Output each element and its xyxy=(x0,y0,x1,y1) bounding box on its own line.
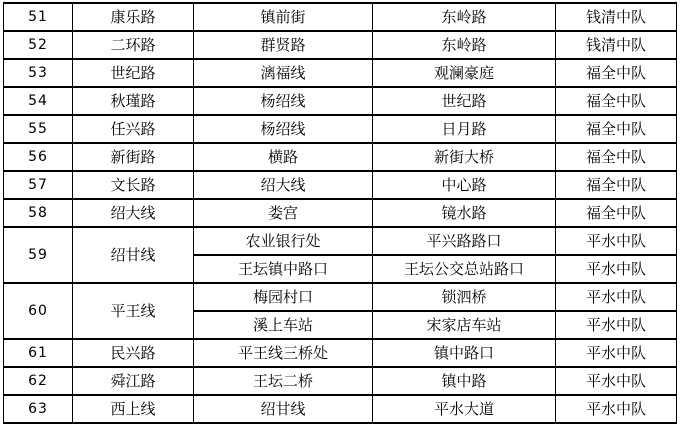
row-number-cell: 62 xyxy=(4,367,73,395)
squad-cell: 平水中队 xyxy=(556,395,677,423)
row-number-cell: 51 xyxy=(4,3,73,31)
squad-cell: 福全中队 xyxy=(556,199,677,227)
segment-end-cell: 东岭路 xyxy=(373,31,556,59)
squad-cell: 钱清中队 xyxy=(556,31,677,59)
squad-cell: 平水中队 xyxy=(556,255,677,283)
table-row: 60平王线梅园村口锁泗桥平水中队 xyxy=(4,283,677,311)
squad-cell: 福全中队 xyxy=(556,115,677,143)
segment-end-cell: 平兴路路口 xyxy=(373,227,556,255)
segment-start-cell: 群贤路 xyxy=(194,31,373,59)
road-name-cell: 文长路 xyxy=(73,171,194,199)
road-name-cell: 二环路 xyxy=(73,31,194,59)
squad-cell: 福全中队 xyxy=(556,59,677,87)
road-name-cell: 任兴路 xyxy=(73,115,194,143)
squad-cell: 平水中队 xyxy=(556,283,677,311)
segment-end-cell: 平水大道 xyxy=(373,395,556,423)
table-row: 58绍大线娄宫镜水路福全中队 xyxy=(4,199,677,227)
segment-start-cell: 横路 xyxy=(194,143,373,171)
segment-start-cell: 镇前街 xyxy=(194,3,373,31)
segment-end-cell: 镇中路口 xyxy=(373,339,556,367)
row-number-cell: 60 xyxy=(4,283,73,339)
row-number-cell: 52 xyxy=(4,31,73,59)
segment-end-cell: 镜水路 xyxy=(373,199,556,227)
segment-start-cell: 王坛镇中路口 xyxy=(194,255,373,283)
road-name-cell: 民兴路 xyxy=(73,339,194,367)
table-row: 52二环路群贤路东岭路钱清中队 xyxy=(4,31,677,59)
squad-cell: 钱清中队 xyxy=(556,3,677,31)
table-row: 62舜江路王坛二桥镇中路平水中队 xyxy=(4,367,677,395)
road-name-cell: 舜江路 xyxy=(73,367,194,395)
segment-start-cell: 王坛二桥 xyxy=(194,367,373,395)
squad-cell: 平水中队 xyxy=(556,311,677,339)
segment-end-cell: 中心路 xyxy=(373,171,556,199)
road-name-cell: 西上线 xyxy=(73,395,194,423)
segment-end-cell: 王坛公交总站路口 xyxy=(373,255,556,283)
row-number-cell: 56 xyxy=(4,143,73,171)
squad-cell: 福全中队 xyxy=(556,171,677,199)
segment-start-cell: 农业银行处 xyxy=(194,227,373,255)
row-number-cell: 63 xyxy=(4,395,73,423)
checkpoint-table-container: 51康乐路镇前街东岭路钱清中队52二环路群贤路东岭路钱清中队53世纪路漓福线观澜… xyxy=(3,2,677,424)
squad-cell: 福全中队 xyxy=(556,143,677,171)
table-row: 54秋瑾路杨绍线世纪路福全中队 xyxy=(4,87,677,115)
road-name-cell: 绍大线 xyxy=(73,199,194,227)
segment-end-cell: 镇中路 xyxy=(373,367,556,395)
segment-start-cell: 杨绍线 xyxy=(194,115,373,143)
table-row: 56新街路横路新街大桥福全中队 xyxy=(4,143,677,171)
squad-cell: 平水中队 xyxy=(556,367,677,395)
segment-end-cell: 东岭路 xyxy=(373,3,556,31)
segment-start-cell: 溪上车站 xyxy=(194,311,373,339)
road-name-cell: 秋瑾路 xyxy=(73,87,194,115)
segment-end-cell: 宋家店车站 xyxy=(373,311,556,339)
row-number-cell: 58 xyxy=(4,199,73,227)
road-name-cell: 新街路 xyxy=(73,143,194,171)
road-name-cell: 平王线 xyxy=(73,283,194,339)
squad-cell: 平水中队 xyxy=(556,227,677,255)
segment-start-cell: 杨绍线 xyxy=(194,87,373,115)
table-row: 51康乐路镇前街东岭路钱清中队 xyxy=(4,3,677,31)
table-row: 53世纪路漓福线观澜豪庭福全中队 xyxy=(4,59,677,87)
segment-end-cell: 锁泗桥 xyxy=(373,283,556,311)
segment-start-cell: 娄宫 xyxy=(194,199,373,227)
row-number-cell: 54 xyxy=(4,87,73,115)
row-number-cell: 61 xyxy=(4,339,73,367)
checkpoint-table: 51康乐路镇前街东岭路钱清中队52二环路群贤路东岭路钱清中队53世纪路漓福线观澜… xyxy=(3,2,677,424)
table-row: 55任兴路杨绍线日月路福全中队 xyxy=(4,115,677,143)
row-number-cell: 55 xyxy=(4,115,73,143)
road-name-cell: 绍甘线 xyxy=(73,227,194,283)
checkpoint-table-body: 51康乐路镇前街东岭路钱清中队52二环路群贤路东岭路钱清中队53世纪路漓福线观澜… xyxy=(4,3,677,423)
road-name-cell: 世纪路 xyxy=(73,59,194,87)
table-row: 63西上线绍甘线平水大道平水中队 xyxy=(4,395,677,423)
segment-start-cell: 梅园村口 xyxy=(194,283,373,311)
row-number-cell: 59 xyxy=(4,227,73,283)
row-number-cell: 53 xyxy=(4,59,73,87)
squad-cell: 福全中队 xyxy=(556,87,677,115)
table-row: 57文长路绍大线中心路福全中队 xyxy=(4,171,677,199)
road-name-cell: 康乐路 xyxy=(73,3,194,31)
table-row: 59绍甘线农业银行处平兴路路口平水中队 xyxy=(4,227,677,255)
segment-end-cell: 世纪路 xyxy=(373,87,556,115)
segment-start-cell: 漓福线 xyxy=(194,59,373,87)
segment-end-cell: 观澜豪庭 xyxy=(373,59,556,87)
squad-cell: 平水中队 xyxy=(556,339,677,367)
row-number-cell: 57 xyxy=(4,171,73,199)
segment-start-cell: 平王线三桥处 xyxy=(194,339,373,367)
table-row: 61民兴路平王线三桥处镇中路口平水中队 xyxy=(4,339,677,367)
segment-start-cell: 绍甘线 xyxy=(194,395,373,423)
segment-end-cell: 新街大桥 xyxy=(373,143,556,171)
segment-start-cell: 绍大线 xyxy=(194,171,373,199)
segment-end-cell: 日月路 xyxy=(373,115,556,143)
